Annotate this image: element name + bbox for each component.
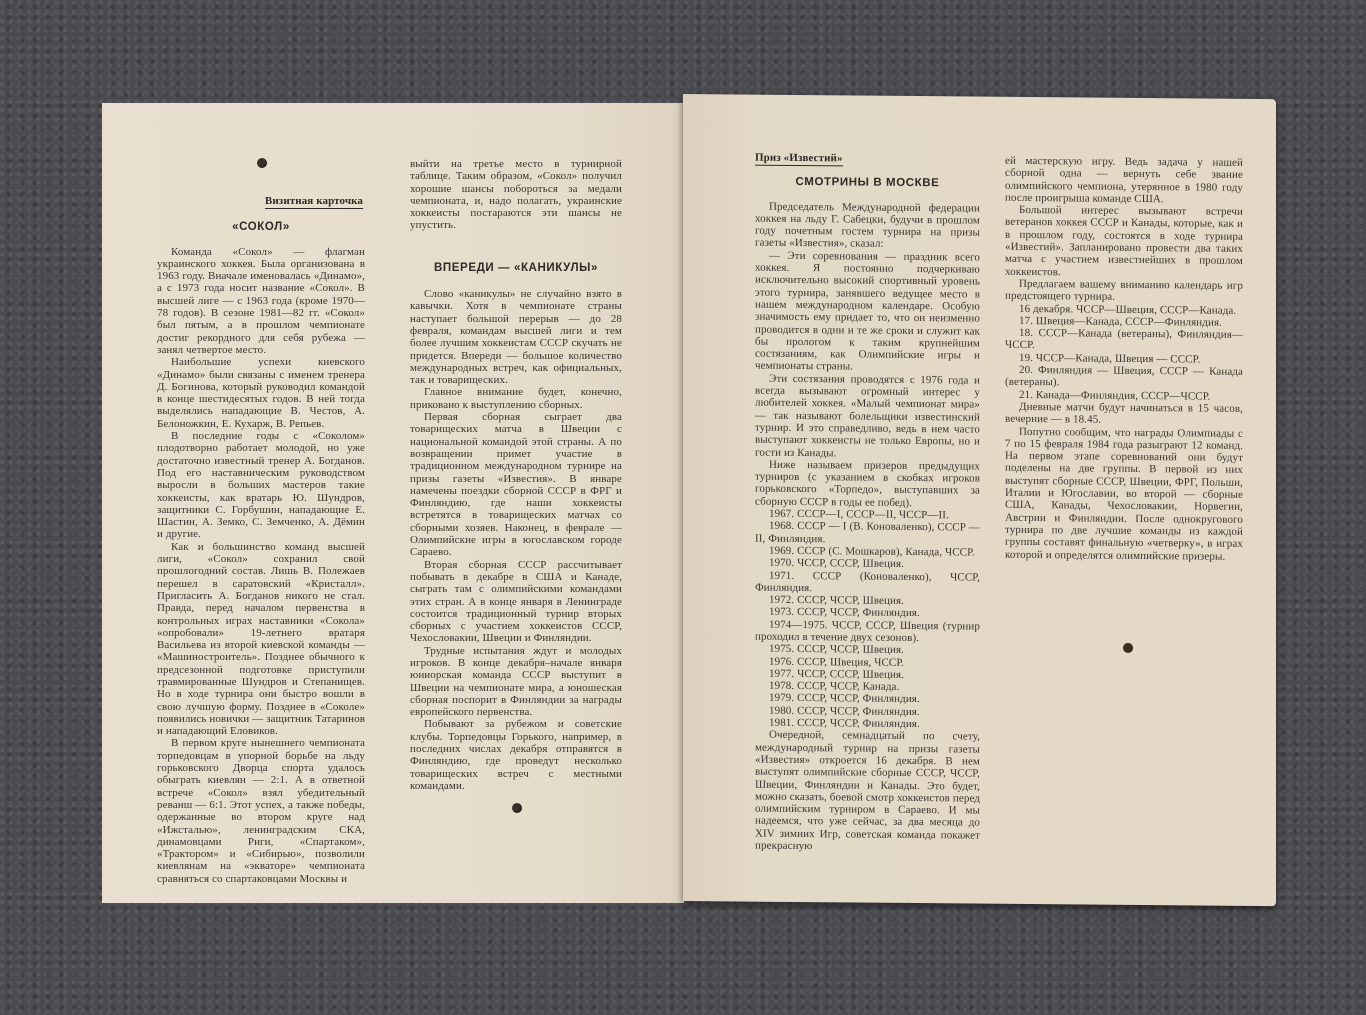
paragraph: В первом круге нынешнего чемпионата торп… [157,737,365,885]
vacation-column: выйти на третье место в турнирной таблиц… [410,158,622,792]
winners-row: 1968. СССР — I (В. Коноваленко), СССР — … [755,520,980,547]
punch-hole [257,158,267,168]
winners-row: 1971. СССР (Коноваленко), ЧССР, Финлянди… [755,569,980,596]
paragraph: Эти состязания проводятся с 1976 года и … [755,372,980,460]
paragraph: Ниже называем призеров предыдущих турнир… [755,458,980,509]
winners-row: 1974—1975. ЧССР, СССР, Швеция (турнир пр… [755,618,980,645]
schedule-column: ей мастерскую игру. Ведь задача у нашей … [1005,155,1243,563]
paragraph: Наибольшие успехи киевского «Динамо» был… [157,356,365,430]
paragraph: Дневные матчи будут начинаться в 15 часо… [1005,401,1243,428]
paragraph: Большой интерес вызывают встречи ветеран… [1005,204,1243,280]
booklet: Визитная карточка «СОКОЛ» Команда «Сокол… [0,0,1366,1015]
schedule-row: 20. Финляндия — Швеция, СССР — Канада (в… [1005,364,1243,391]
paragraph: Слово «каникулы» не случайно взято в кав… [410,288,622,386]
paragraph: Побывают за рубежом и советские клубы. Т… [410,718,622,792]
article-title-sokol: «СОКОЛ» [157,221,365,233]
paragraph: Команда «Сокол» — флагман украинского хо… [157,246,365,357]
article-title-vacation: ВПЕРЕДИ — «КАНИКУЛЫ» [410,262,622,274]
paragraph: — Эти соревнования — праздник всего хокк… [755,249,980,374]
paragraph: Председатель Международной федерации хок… [755,200,980,251]
paragraph: Очередной, семнадцатый по счету, междуна… [755,729,980,854]
paragraph: Попутно сообщим, что награды Олимпиады с… [1005,425,1243,562]
paragraph: Первая сборная сыграет два товарищеских … [410,411,622,559]
rubric-izvestia-prize: Приз «Известий» [755,152,843,167]
paragraph: В последние годы с «Соколом» плодотворно… [157,430,365,541]
paragraph: Вторая сборная СССР рассчитывает побыват… [410,559,622,645]
punch-hole [512,803,522,813]
right-page: Приз «Известий» СМОТРИНЫ В МОСКВЕ Предсе… [683,94,1276,906]
continued-paragraph: ей мастерскую игру. Ведь задача у нашей … [1005,155,1243,206]
paragraph: Как и большинство команд высшей лиги, «С… [157,541,365,738]
continued-paragraph: выйти на третье место в турнирной таблиц… [410,158,622,232]
schedule-row: 18. СССР—Канада (ветераны), Финляндия—ЧС… [1005,327,1243,354]
rubric-business-card: Визитная карточка [265,195,363,209]
paragraph: Главное внимание будет, конечно, прикова… [410,386,622,411]
article-title-moscow: СМОТРИНЫ В МОСКВЕ [755,176,980,190]
left-page: Визитная карточка «СОКОЛ» Команда «Сокол… [102,103,684,903]
paragraph: Трудные испытания ждут и молодых игроков… [410,645,622,719]
tournament-schedule: 16 декабря. ЧССР—Швеция, СССР—Канада. 17… [1005,302,1243,402]
izvestia-column: Приз «Известий» СМОТРИНЫ В МОСКВЕ Предсе… [755,152,980,854]
sokol-column: Визитная карточка «СОКОЛ» Команда «Сокол… [157,195,365,885]
winners-list: 1967. СССР—I, СССР—II, ЧССР—II. 1968. СС… [755,508,980,731]
punch-hole [1123,643,1133,653]
paragraph: Предлагаем вашему вниманию календарь игр… [1005,278,1243,305]
